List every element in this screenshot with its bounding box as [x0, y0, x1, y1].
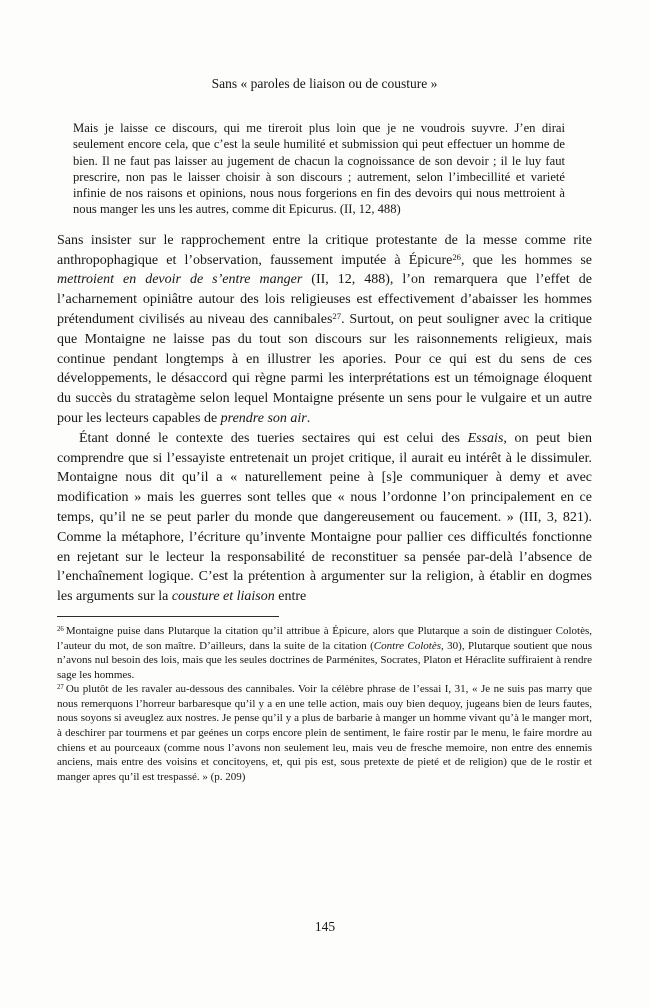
page-number: 145 — [0, 919, 650, 935]
running-head: Sans « paroles de liaison ou de cousture… — [57, 76, 592, 92]
footnotes-section: 26Montaigne puise dans Plutarque la cita… — [57, 624, 592, 785]
paragraph-1: Sans insister sur le rapprochement entre… — [57, 231, 592, 429]
paragraph-2: Étant donné le contexte des tueries sect… — [57, 429, 592, 607]
footnote-number-26: 26 — [57, 626, 64, 633]
block-quote: Mais je laisse ce discours, qui me tirer… — [73, 120, 565, 218]
footnote-separator — [57, 616, 279, 617]
footnote-27: 27Ou plutôt de les ravaler au-dessous de… — [57, 682, 592, 784]
footnote-26: 26Montaigne puise dans Plutarque la cita… — [57, 624, 592, 682]
footnote-number-27: 27 — [57, 684, 64, 691]
footnote-text-26: Montaigne puise dans Plutarque la citati… — [57, 625, 592, 681]
document-page: Sans « paroles de liaison ou de cousture… — [0, 0, 650, 1007]
footnote-text-27: Ou plutôt de les ravaler au-dessous des … — [57, 683, 592, 783]
